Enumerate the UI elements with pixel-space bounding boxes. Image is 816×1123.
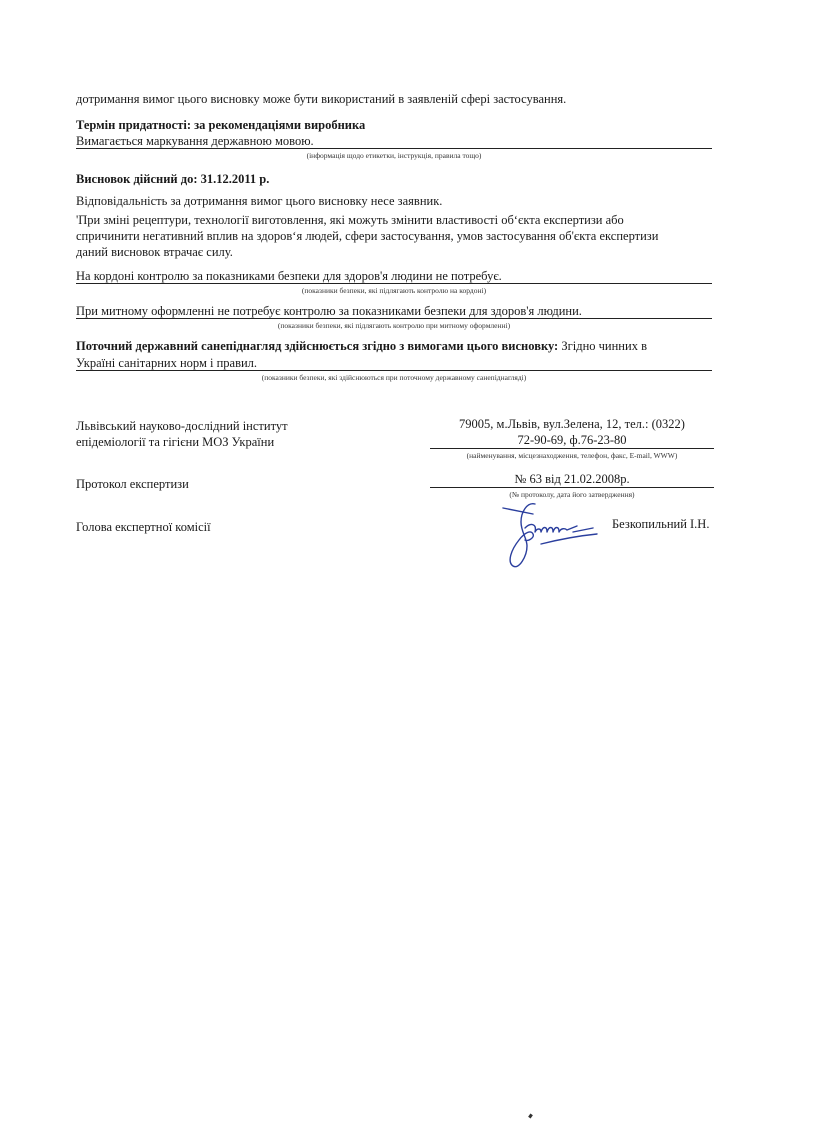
scan-artifact [528, 1114, 533, 1119]
supervision-line-1: Поточний державний санепіднагляд здійсню… [76, 338, 647, 354]
institution-address-1: 79005, м.Львів, вул.Зелена, 12, тел.: (0… [430, 416, 714, 432]
head-name: Безкопильний І.Н. [612, 516, 709, 532]
change-notice-line-3: даний висновок втрачає силу. [76, 244, 233, 260]
institution-name-1: Львівський науково-дослідний інститут [76, 418, 288, 434]
responsibility-note: Відповідальність за дотримання вимог цьо… [76, 193, 442, 209]
protocol-value: № 63 від 21.02.2008р. [430, 471, 714, 487]
protocol-rule [430, 487, 714, 488]
change-notice-line-2: спричинити негативний вплив на здоров‘я … [76, 228, 658, 244]
customs-control-value: При митному оформленні не потребує контр… [76, 303, 582, 319]
shelf-life-label: Термін придатності: за рекомендаціями ви… [76, 117, 365, 133]
signature-icon [497, 500, 607, 572]
supervision-value-1: Згідно чинних в [558, 339, 647, 353]
head-label: Голова експертної комісії [76, 519, 211, 535]
customs-control-caption: (показники безпеки, які підлягають контр… [76, 321, 712, 330]
supervision-label: Поточний державний санепіднагляд здійсню… [76, 339, 558, 353]
shelf-life-rule [76, 148, 712, 149]
shelf-life-value: Вимагається маркування державною мовою. [76, 133, 314, 149]
supervision-value-2: Україні санітарних норм і правил. [76, 355, 257, 371]
supervision-caption: (показники безпеки, які здійснюються при… [76, 373, 712, 382]
border-control-caption: (показники безпеки, які підлягають контр… [76, 286, 712, 295]
supervision-rule [76, 370, 712, 371]
border-control-rule [76, 283, 712, 284]
institution-name-2: епідеміології та гігієни МОЗ України [76, 434, 274, 450]
protocol-label: Протокол експертизи [76, 476, 189, 492]
validity-date: Висновок дійсний до: 31.12.2011 р. [76, 171, 269, 187]
institution-caption: (найменування, місцезнаходження, телефон… [430, 451, 714, 460]
intro-line: дотримання вимог цього висновку може бут… [76, 91, 566, 107]
shelf-life-caption: (інформація щодо етикетки, інструкція, п… [76, 151, 712, 160]
border-control-value: На кордоні контролю за показниками безпе… [76, 268, 502, 284]
protocol-caption: (№ протоколу, дата його затвердження) [430, 490, 714, 499]
institution-address-2: 72-90-69, ф.76-23-80 [430, 432, 714, 448]
change-notice-line-1: 'При зміні рецептури, технології виготов… [76, 212, 624, 228]
customs-control-rule [76, 318, 712, 319]
institution-rule [430, 448, 714, 449]
